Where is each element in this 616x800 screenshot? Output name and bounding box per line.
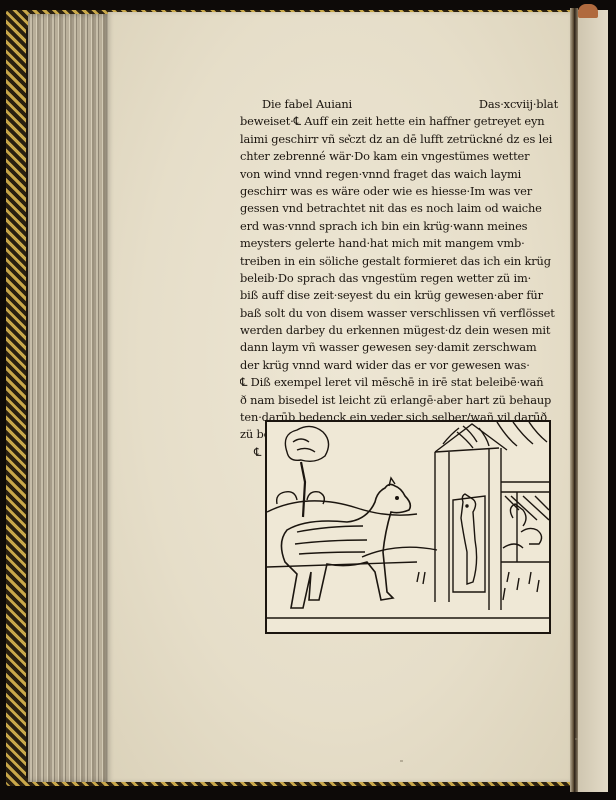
text-line-content: beweiset·℄ Auff ein zeit hette ein haffn…: [240, 113, 545, 130]
running-head-title: Die fabel Auiani: [240, 96, 352, 113]
holding-finger: [578, 4, 598, 18]
running-head: Die fabel Auiani Das·xcviij·blat: [240, 96, 558, 113]
text-line: biß auff dise zeit·seyest du ein krüg ge…: [240, 287, 558, 304]
text-line-content: werden darbey du erkennen mügest·dz dein…: [240, 322, 550, 339]
paper-speckle: [400, 760, 403, 762]
text-line: geschirr was es wäre oder wie es hiesse·…: [240, 183, 558, 200]
text-line: baß solt du von disem wasser verschlisse…: [240, 305, 558, 322]
text-line: laimi geschirr vñ se͛czt dz an dē lufft …: [240, 131, 558, 148]
text-line-content: laimi geschirr vñ se͛czt dz an dē lufft …: [240, 131, 552, 148]
text-line-content: ð nam bisedel ist leicht zü erlangē·aber…: [240, 392, 551, 409]
book-page-recto-edge: [578, 10, 608, 792]
book-gutter: [570, 8, 578, 792]
page-fore-edge-stack: [28, 14, 110, 782]
text-line-content: erd was·vnnd sprach ich bin ein krüg·wan…: [240, 218, 527, 235]
text-line-content: geschirr was es wäre oder wie es hiesse·…: [240, 183, 532, 200]
text-line: von wind vnnd regen·vnnd fraget das waic…: [240, 166, 558, 183]
text-line-content: von wind vnnd regen·vnnd fraget das waic…: [240, 166, 521, 183]
paper-speckle: [575, 738, 578, 740]
folio-number: Das·xcviij·blat: [479, 96, 558, 113]
text-line-content: ℄ Diß exempel leret vil mēschē in irē st…: [240, 374, 543, 391]
text-line: gessen vnd betrachtet nit das es noch la…: [240, 200, 558, 217]
text-line-content: der krüg vnnd ward wider das er vor gewe…: [240, 357, 530, 374]
text-line: dann laym vñ wasser gewesen sey·damit ze…: [240, 339, 558, 356]
woodcut-wolf-and-kid-icon: [267, 422, 549, 632]
text-line: beleib·Do sprach das vngestüm regen wett…: [240, 270, 558, 287]
text-line-content: gessen vnd betrachtet nit das es noch la…: [240, 200, 542, 217]
text-line-content: chter zebrenné wär·Do kam ein vngestümes…: [240, 148, 529, 165]
text-line: meysters gelerte hand·hat mich mit mange…: [240, 235, 558, 252]
text-line: ð nam bisedel ist leicht zü erlangē·aber…: [240, 392, 558, 409]
text-line-content: biß auff dise zeit·seyest du ein krüg ge…: [240, 287, 543, 304]
text-line: werden darbey du erkennen mügest·dz dein…: [240, 322, 558, 339]
text-line: ℄ Diß exempel leret vil mēschē in irē st…: [240, 374, 558, 391]
text-line: erd was·vnnd sprach ich bin ein krüg·wan…: [240, 218, 558, 235]
text-line: chter zebrenné wär·Do kam ein vngestümes…: [240, 148, 558, 165]
woodcut-illustration: [265, 420, 551, 634]
text-block: Die fabel Auiani Das·xcviij·blat beweise…: [240, 96, 558, 461]
text-line-content: dann laym vñ wasser gewesen sey·damit ze…: [240, 339, 537, 356]
text-line-content: baß solt du von disem wasser verschlisse…: [240, 305, 555, 322]
text-line: treiben in ein söliche gestalt formieret…: [240, 253, 558, 270]
text-line: der krüg vnnd ward wider das er vor gewe…: [240, 357, 558, 374]
text-line-content: meysters gelerte hand·hat mich mit mange…: [240, 235, 525, 252]
text-line: beweiset·℄ Auff ein zeit hette ein haffn…: [240, 113, 558, 130]
book-photograph: Die fabel Auiani Das·xcviij·blat beweise…: [0, 0, 616, 800]
text-line-content: treiben in ein söliche gestalt formieret…: [240, 253, 551, 270]
text-line-content: beleib·Do sprach das vngestüm regen wett…: [240, 270, 531, 287]
